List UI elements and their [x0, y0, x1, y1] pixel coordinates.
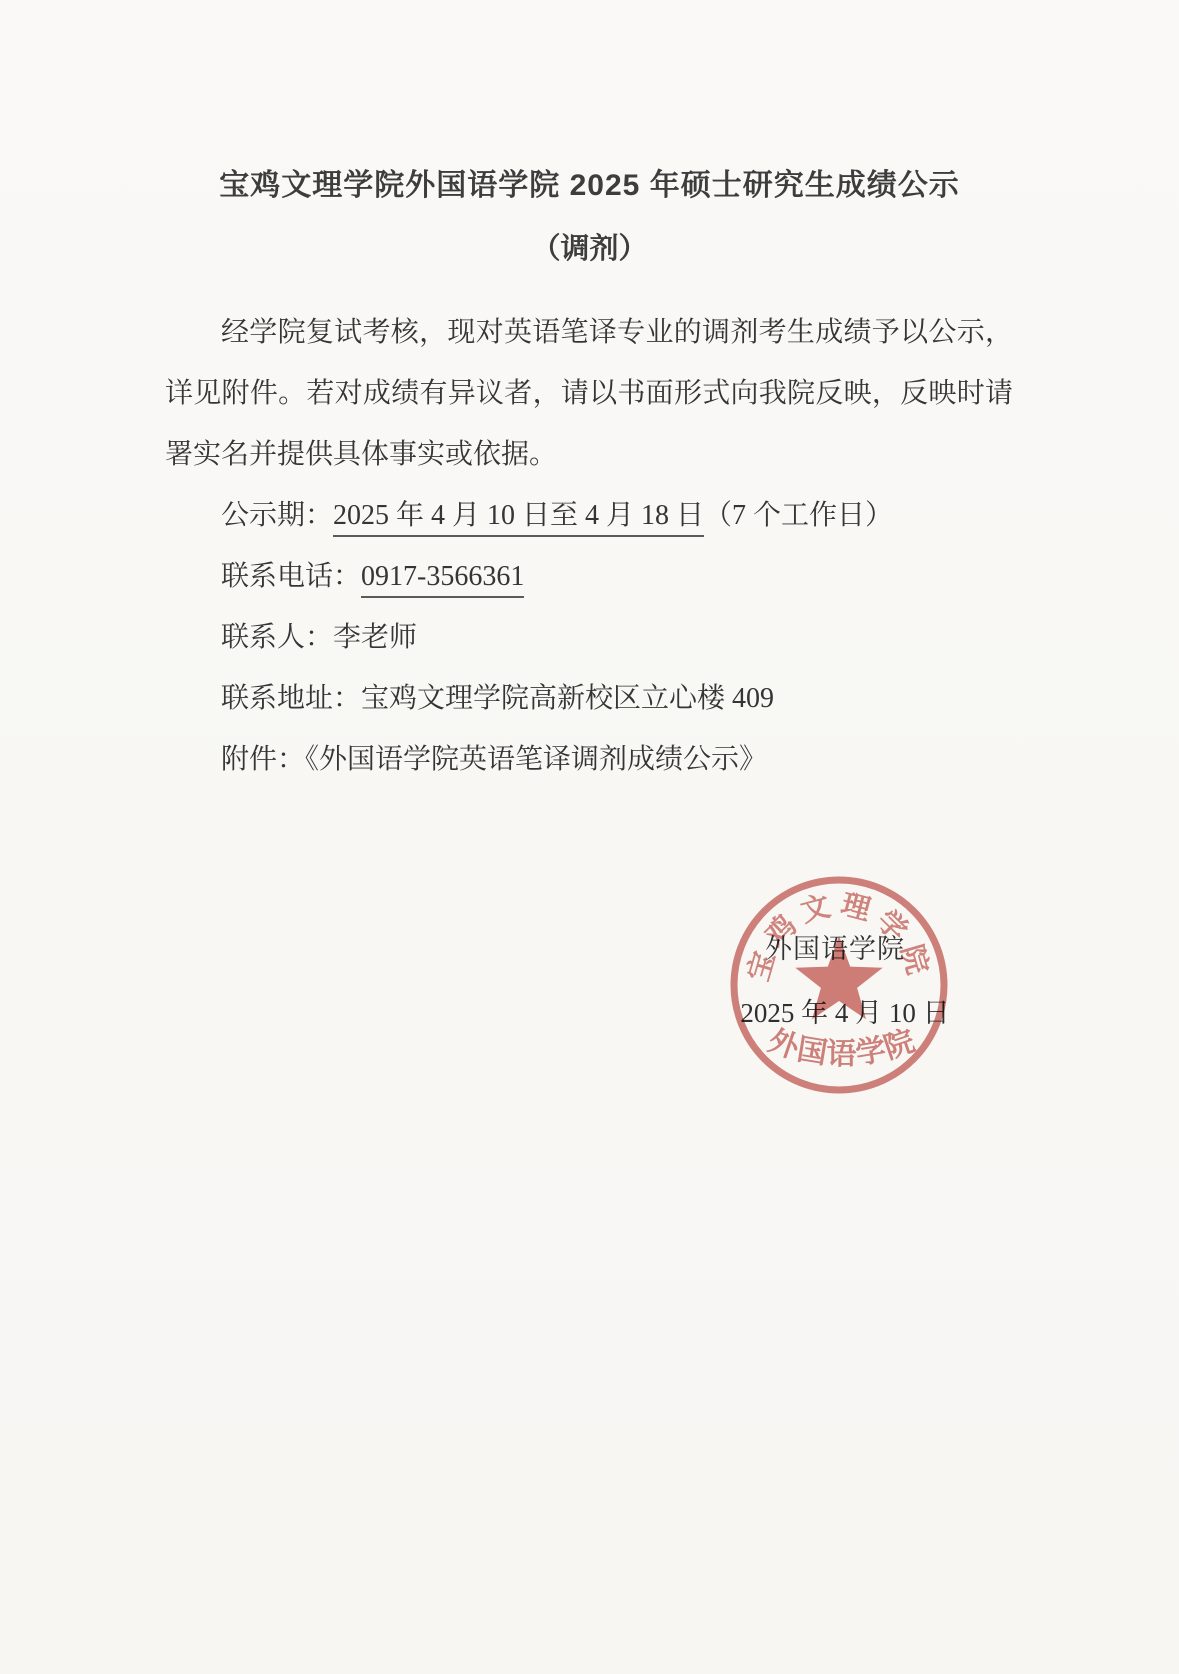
- signature-date: 2025 年 4 月 10 日: [715, 991, 975, 1030]
- contact-person-label: 联系人：: [221, 622, 333, 653]
- attachment-line: 附件：《外国语学院英语笔译调剂成绩公示》: [165, 729, 1013, 790]
- document-body: 经学院复试考核，现对英语笔译专业的调剂考生成绩予以公示， 详见附件。若对成绩有异…: [165, 302, 1013, 790]
- contact-phone-line: 联系电话：0917-3566361: [165, 546, 1013, 607]
- body-paragraph-line-2: 详见附件。若对成绩有异议者，请以书面形式向我院反映，反映时请: [165, 363, 1013, 424]
- contact-phone-label: 联系电话：: [221, 561, 361, 592]
- attachment-label: 附件：: [221, 744, 305, 775]
- contact-address-line: 联系地址：宝鸡文理学院高新校区立心楼 409: [165, 668, 1013, 729]
- contact-person-line: 联系人：李老师: [165, 607, 1013, 668]
- seal-bottom-text: 外国语学院: [764, 1024, 920, 1071]
- contact-person-value: 李老师: [333, 622, 417, 653]
- seal-ring: [734, 880, 944, 1090]
- publicity-period-value: 2025 年 4 月 10 日至 4 月 18 日: [333, 500, 704, 537]
- page-subtitle: （调剂）: [0, 226, 1179, 267]
- publicity-period-suffix: （7 个工作日）: [704, 500, 893, 531]
- seal-graphic: 宝鸡文理学院 外国语学院: [726, 872, 952, 1098]
- contact-phone-value: 0917-3566361: [361, 561, 524, 598]
- contact-address-label: 联系地址：: [221, 683, 361, 714]
- contact-address-value: 宝鸡文理学院高新校区立心楼 409: [361, 683, 774, 714]
- page-title: 宝鸡文理学院外国语学院 2025 年硕士研究生成绩公示: [0, 160, 1179, 204]
- body-paragraph-line-1: 经学院复试考核，现对英语笔译专业的调剂考生成绩予以公示，: [165, 302, 1013, 363]
- publicity-period-line: 公示期：2025 年 4 月 10 日至 4 月 18 日（7 个工作日）: [165, 485, 1013, 546]
- official-seal-stamp: 宝鸡文理学院 外国语学院: [726, 872, 952, 1098]
- body-paragraph-line-3: 署实名并提供具体事实或依据。: [165, 424, 1013, 485]
- scanned-notice-page: { "doc": { "title": "宝鸡文理学院外国语学院 2025 年硕…: [0, 0, 1179, 1674]
- signature-department: 外国语学院: [705, 927, 965, 966]
- attachment-title: 《外国语学院英语笔译调剂成绩公示》: [305, 744, 767, 775]
- publicity-period-label: 公示期：: [221, 500, 333, 531]
